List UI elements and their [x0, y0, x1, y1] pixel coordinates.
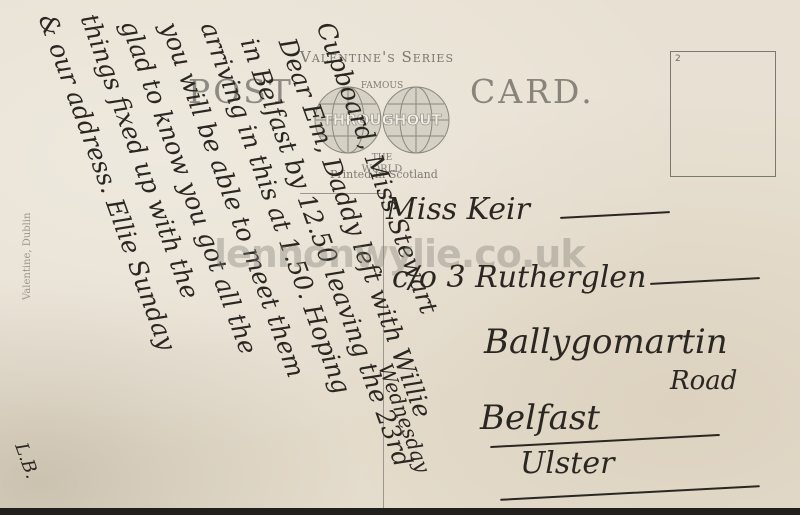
address-line-1: c/o 3 Rutherglen	[392, 260, 646, 295]
address-underline	[650, 277, 760, 285]
address-line-3: Road	[670, 366, 737, 396]
address-line-5: Ulster	[520, 446, 614, 481]
stamp-box-number: 2	[675, 54, 681, 64]
stamp-box: 2	[670, 51, 776, 177]
scan-edge	[0, 508, 800, 515]
address-underline	[500, 485, 760, 501]
message-signature: L.B.	[10, 440, 42, 482]
publisher-imprint: Valentine, Dublin	[22, 213, 33, 300]
address-line-2: Ballygomartin	[484, 322, 728, 362]
address-name: Miss Keir	[386, 192, 530, 227]
address-line-4: Belfast	[480, 398, 600, 438]
postcard-back: Valentine's Series POST CARD. FAMOUS THR…	[0, 0, 800, 508]
svg-text:THROUGHOUT: THROUGHOUT	[322, 111, 442, 129]
address-underline	[560, 211, 670, 219]
svg-text:FAMOUS: FAMOUS	[361, 81, 403, 91]
card-heading: CARD.	[470, 72, 595, 111]
